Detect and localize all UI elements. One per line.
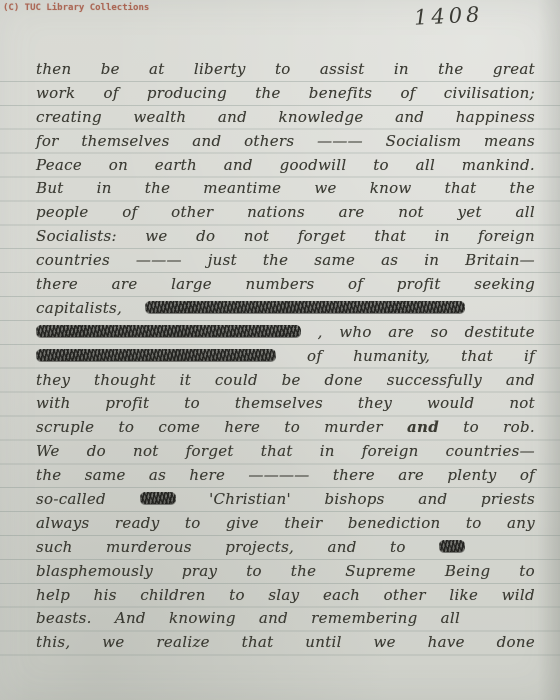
word: knowledge [279,106,364,130]
word: and [407,416,439,440]
word: do [87,440,106,464]
word: the [510,177,535,201]
word: to [185,512,201,536]
word: so [431,321,448,345]
manuscript-line: creatingwealthandknowledgeandhappiness [36,106,535,130]
manuscript-line: theythoughtitcouldbedonesuccessfullyand [36,369,535,393]
word: the [291,560,316,584]
word: be [101,58,120,82]
word: Socialists: [36,225,117,249]
word: done [497,631,535,655]
word: remembering [311,607,417,631]
word: there [333,464,375,488]
word: of [122,201,137,225]
word: producing [147,82,227,106]
word: humanity, [353,345,430,369]
word: his [94,584,117,608]
word: people [36,201,89,225]
word: wealth [133,106,186,130]
word: capitalists, [36,297,122,321]
word: themselves [235,392,323,416]
word: foreign [362,440,419,464]
word: liberty [194,58,246,82]
word: help [36,584,70,608]
page-number: 1408 [413,2,484,30]
word: earth [155,154,197,178]
word: We [36,440,60,464]
word: here [224,416,260,440]
word: are [339,201,365,225]
word: destitute [465,321,535,345]
word: who [339,321,371,345]
manuscript-line: therearelargenumbersofprofitseeking [36,273,535,297]
word: to [119,416,135,440]
word: ———— [248,464,309,488]
word: are [398,464,424,488]
word: the [36,464,61,488]
word: not [133,440,159,464]
word: and [192,130,221,154]
word: would [427,392,474,416]
word: if [524,345,535,369]
manuscript-line: capitalists, [36,297,465,321]
word: that [242,631,274,655]
manuscript-line: Peaceonearthandgoodwilltoallmankind. [36,154,535,178]
word: and [224,154,253,178]
word: to [466,512,482,536]
word: we [374,631,396,655]
word: this, [36,631,70,655]
word: to [373,154,389,178]
word: projects, [225,536,294,560]
word: pray [182,560,217,584]
word: the [263,249,288,273]
word: that [261,440,293,464]
word: the [255,82,280,106]
word: scruple [36,416,94,440]
word: and [328,536,357,560]
word: 'Christian' [209,488,291,512]
word: themselves [81,130,169,154]
word: Socialism [386,130,462,154]
manuscript-line: Socialists:wedonotforgetthatinforeign [36,225,535,249]
word: and [218,106,247,130]
word: here [189,464,225,488]
word: any [507,512,535,536]
word: of [103,82,118,106]
word: in [424,249,439,273]
word: nations [247,201,305,225]
word: meantime [203,177,281,201]
manuscript-line: workofproducingthebenefitsofcivilisation… [36,82,535,106]
word: ready [115,512,160,536]
word: come [158,416,200,440]
word: that [445,177,477,201]
copyright-watermark: (C) TUC Library Collections [3,3,149,13]
word: beasts. [36,607,92,631]
word: done [325,369,363,393]
word: numbers [246,273,315,297]
word: same [314,249,355,273]
manuscript-line: thesameashere————thereareplentyof [36,464,535,488]
word: plenty [447,464,496,488]
word: as [381,249,398,273]
word: forget [298,225,346,249]
word: Being [445,560,490,584]
word: And [115,607,146,631]
manuscript-line: blasphemouslypraytotheSupremeBeingto [36,560,535,584]
word: not [398,201,424,225]
word: so-called [36,488,106,512]
word: it [180,369,191,393]
word: bishops [324,488,384,512]
word: knowing [169,607,236,631]
word: , [318,321,323,345]
word: as [149,464,166,488]
word: all [515,201,534,225]
word: of [348,273,363,297]
word: murder [324,416,383,440]
word: murderous [106,536,192,560]
word: countries [36,249,110,273]
word: of [307,345,322,369]
word: for [36,130,59,154]
word: their [284,512,322,536]
word: thought [94,369,156,393]
word: happiness [456,106,535,130]
word: they [358,392,392,416]
manuscript-line: Butinthemeantimeweknowthatthe [36,177,535,201]
word: each [323,584,360,608]
word: to [284,416,300,440]
word: have [428,631,465,655]
word: and [259,607,288,631]
word: ——— [136,249,182,273]
word: we [102,631,124,655]
word: are [388,321,414,345]
manuscript-line: this,werealizethatuntilwehavedone [36,631,535,655]
manuscript-line: Wedonotforgetthatinforeigncountries— [36,440,535,464]
word: benediction [348,512,441,536]
word: other [384,584,426,608]
word: then [36,58,71,82]
word: rob. [503,416,535,440]
word: profit [397,273,441,297]
word: in [435,225,450,249]
word: are [112,273,138,297]
word: benefits [309,82,373,106]
manuscript-line: forthemselvesandothers———Socialismmeans [36,130,535,154]
word: could [215,369,258,393]
redaction-scribble [140,492,176,504]
word: to [519,560,535,584]
manuscript-line: withprofittothemselvestheywouldnot [36,392,535,416]
word: there [36,273,78,297]
word: But [36,177,64,201]
word: children [140,584,205,608]
word: until [305,631,341,655]
word: work [36,82,75,106]
word: the [438,58,463,82]
word: great [493,58,535,82]
word: slay [268,584,299,608]
word: foreign [478,225,535,249]
word: and [506,369,535,393]
manuscript-line: countries———justthesameasinBritain— [36,249,535,273]
word: of [520,464,535,488]
word: do [196,225,215,249]
word: to [463,416,479,440]
manuscript-line: so-called'Christian'bishopsandpriests [36,488,535,512]
manuscript-line: scrupletocomeheretomurderandtorob. [36,416,535,440]
word: Britain— [465,249,535,273]
manuscript-page: (C) TUC Library Collections 1408 thenbea… [0,0,560,700]
word: realize [156,631,209,655]
manuscript-line: beasts.Andknowingandrememberingall [36,607,460,631]
word: others [244,130,294,154]
word: creating [36,106,102,130]
word: mankind. [462,154,535,178]
manuscript-line: alwaysreadytogivetheirbenedictiontoany [36,512,535,536]
word: all [416,154,435,178]
word: Supreme [345,560,416,584]
manuscript-text: thenbeatlibertytoassistinthegreatworkofp… [36,58,535,655]
word: Peace [36,154,82,178]
redaction-scribble [36,349,276,361]
word: ——— [317,130,363,154]
word: large [171,273,212,297]
word: give [226,512,259,536]
word: to [229,584,245,608]
word: successfully [387,369,482,393]
word: countries— [446,440,535,464]
manuscript-line: suchmurderousprojects,andto [36,536,465,560]
word: of [400,82,415,106]
word: we [314,177,336,201]
manuscript-line: peopleofothernationsarenotyetall [36,201,535,225]
word: in [394,58,409,82]
word: at [149,58,165,82]
word: not [509,392,535,416]
manuscript-line: ,whoaresodestitute [36,321,535,345]
word: yet [458,201,482,225]
word: be [282,369,301,393]
manuscript-line: helphischildrentoslayeachotherlikewild [36,584,535,608]
word: in [97,177,112,201]
word: forget [186,440,234,464]
word: in [320,440,335,464]
word: priests [481,488,535,512]
word: other [171,201,213,225]
manuscript-line: ofhumanity,thatif [36,345,535,369]
word: civilisation; [444,82,535,106]
word: with [36,392,71,416]
word: all [441,607,460,631]
word: we [145,225,167,249]
word: means [484,130,535,154]
word: that [461,345,493,369]
word: know [370,177,412,201]
word: such [36,536,73,560]
word: seeking [474,273,535,297]
word: that [374,225,406,249]
word: just [208,249,237,273]
word: they [36,369,70,393]
word: on [109,154,128,178]
word: to [390,536,406,560]
word: like [449,584,478,608]
manuscript-line: thenbeatlibertytoassistinthegreat [36,58,535,82]
redaction-scribble [439,540,465,552]
word: goodwill [280,154,347,178]
word: same [85,464,126,488]
word: and [395,106,424,130]
word: wild [502,584,535,608]
word: always [36,512,90,536]
word: to [184,392,200,416]
word: not [244,225,270,249]
word: to [246,560,262,584]
word: profit [105,392,149,416]
redaction-scribble [36,325,301,337]
word: to [275,58,291,82]
word: blasphemously [36,560,153,584]
word: assist [320,58,365,82]
word: and [418,488,447,512]
redaction-scribble [145,301,465,313]
word: the [145,177,170,201]
